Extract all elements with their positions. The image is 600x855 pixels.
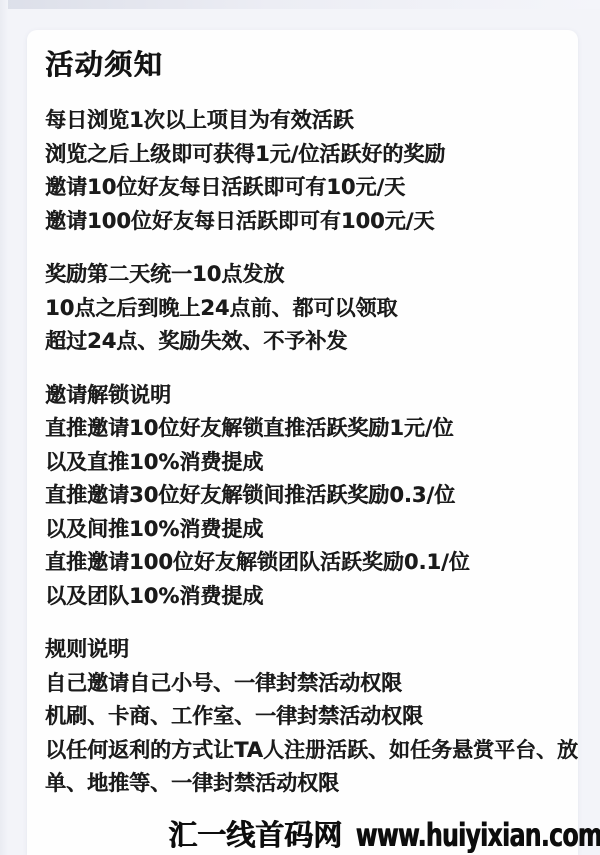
watermark-site-name: 汇一线首码网 bbox=[168, 821, 342, 850]
notice-line: 自己邀请自己小号、一律封禁活动权限 bbox=[45, 667, 578, 701]
page-title: 活动须知 bbox=[45, 50, 578, 80]
notice-card: 活动须知 每日浏览1次以上项目为有效活跃 浏览之后上级即可获得1元/位活跃好的奖… bbox=[27, 30, 578, 855]
section-heading: 邀请解锁说明 bbox=[45, 379, 578, 413]
notice-line: 直推邀请10位好友解锁直推活跃奖励1元/位 bbox=[45, 412, 578, 446]
watermark-site-url: www.huiyixian.com bbox=[356, 819, 600, 851]
notice-line: 直推邀请100位好友解锁团队活跃奖励0.1/位 bbox=[45, 546, 578, 580]
notice-line: 机刷、卡商、工作室、一律封禁活动权限 bbox=[45, 700, 578, 734]
notice-line: 单、地推等、一律封禁活动权限 bbox=[45, 767, 578, 801]
notice-line: 奖励第二天统一10点发放 bbox=[45, 258, 578, 292]
notice-line: 以及团队10%消费提成 bbox=[45, 580, 578, 614]
notice-line: 邀请100位好友每日活跃即可有100元/天 bbox=[45, 205, 578, 239]
top-strip bbox=[0, 0, 600, 9]
page-background: { "page": { "title": "活动须知", "sections":… bbox=[0, 0, 600, 855]
section-rules: 规则说明 自己邀请自己小号、一律封禁活动权限 机刷、卡商、工作室、一律封禁活动权… bbox=[45, 633, 578, 801]
section-daily-active-rules: 每日浏览1次以上项目为有效活跃 浏览之后上级即可获得1元/位活跃好的奖励 邀请1… bbox=[45, 104, 578, 238]
notice-line: 10点之后到晚上24点前、都可以领取 bbox=[45, 292, 578, 326]
section-heading: 规则说明 bbox=[45, 633, 578, 667]
notice-line: 超过24点、奖励失效、不予补发 bbox=[45, 325, 578, 359]
notice-line: 以及直推10%消费提成 bbox=[45, 446, 578, 480]
section-invite-unlock: 邀请解锁说明 直推邀请10位好友解锁直推活跃奖励1元/位 以及直推10%消费提成… bbox=[45, 379, 578, 614]
notice-line: 邀请10位好友每日活跃即可有10元/天 bbox=[45, 171, 578, 205]
notice-line: 以任何返利的方式让TA人注册活跃、如任务悬赏平台、放 bbox=[45, 734, 578, 768]
notice-line: 直推邀请30位好友解锁间推活跃奖励0.3/位 bbox=[45, 479, 578, 513]
notice-line: 浏览之后上级即可获得1元/位活跃好的奖励 bbox=[45, 138, 578, 172]
left-edge-shade bbox=[0, 0, 8, 855]
notice-line: 以及间推10%消费提成 bbox=[45, 513, 578, 547]
notice-line: 每日浏览1次以上项目为有效活跃 bbox=[45, 104, 578, 138]
section-reward-schedule: 奖励第二天统一10点发放 10点之后到晚上24点前、都可以领取 超过24点、奖励… bbox=[45, 258, 578, 359]
notice-content: 活动须知 每日浏览1次以上项目为有效活跃 浏览之后上级即可获得1元/位活跃好的奖… bbox=[27, 30, 578, 801]
